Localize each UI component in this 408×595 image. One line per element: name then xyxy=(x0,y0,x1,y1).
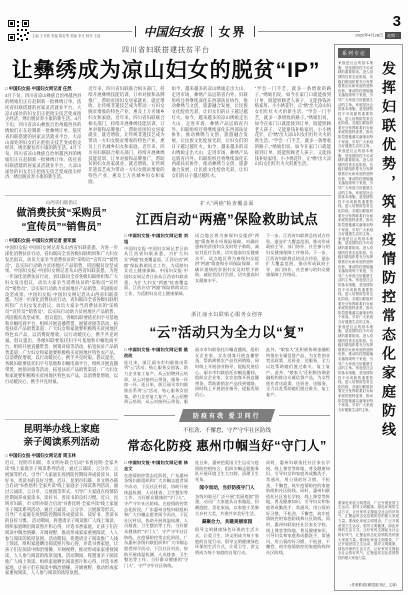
lishui-body: □ 中国妇女报·中国妇女网记者 姚改改 连日来，浙江丽水市妇联推出系列“云”活动… xyxy=(124,347,330,405)
lead-column-4: “学会一门手艺，就多一条增收的路子。”绣娘们说，如今在家门口就能接到订单，既能照… xyxy=(255,86,331,191)
lead-column-1: □ 中国妇女报·中国妇女网记者 任然 4月下旬，四川省凉山彝族自治州越西县的绣娘… xyxy=(5,86,81,191)
huizhou-text: 连日来，惠州把爱国卫生运动与疫情防控相结合，组织巾帼志愿服务队开展环境卫生大扫除… xyxy=(195,460,259,482)
huizhou-column-1: □ 中国妇女报·中国妇女网记者 林志文 在疫情防控常态化阶段，广东惠州各级妇联组… xyxy=(124,460,188,590)
huizhou-text: 同时，惠州妇联依托社区家长学校、线上课堂等阵地，普及健康知识，引导妇女和家庭养成… xyxy=(266,460,330,555)
jiangxi-text: 中国妇女报·中国妇女网记者日前从江西省妇联获悉，为扩大妇女“两癌”检查覆盖面，江… xyxy=(124,246,188,296)
commentary-text-top: 家庭是社会的基本细胞，是疫情防控不可或缺的重要防线。进入疫情防控常态化阶段，各级… xyxy=(338,61,373,499)
kunming-text: 近日，昆明市妇联、市文明办联合启动“书香昆明·全家共读”线上家庭亲子阅读系列活动… xyxy=(5,460,118,523)
huizhou-byline: □ 中国妇女报·中国妇女网记者 林志文 xyxy=(124,460,188,471)
kunming-headline-line1: 昆明举办线上家庭 xyxy=(5,424,118,437)
section-name: 女界 xyxy=(219,23,247,40)
commentary-text-bottom: 要深化家庭文明建设，广泛开展爱国卫生运动，倡导文明健康、绿色环保的生活方式，让好… xyxy=(338,501,399,581)
commentary-vertical-headline: 发挥妇联优势，筑牢疫情防控常态化家庭防线 xyxy=(375,61,399,499)
jiangxi-text: 试点地区将为参保妇女提供“两癌”筛查和专项保险保障，对确诊患病的贫困妇女及时给予… xyxy=(195,233,259,283)
lishui-kicker: 浙江丽水妇联贴心服务女创客 xyxy=(124,311,330,318)
huizhou-subhead-2: 凝聚合力，共建美丽家园 xyxy=(195,519,259,525)
kunming-headline: 昆明举办线上家庭 亲子阅读系列活动 xyxy=(5,424,118,450)
lishui-column-3: 此外，“娘家人”还积极协调金融机构推出专属信贷产品，为女性创业者送政策、送资金、… xyxy=(266,347,330,405)
qr-code xyxy=(8,20,29,41)
jiangxi-body: □ 中国妇女报·中国妇女网记者 刘旭 中国妇女报·中国妇女网记者日前从江西省妇联… xyxy=(124,233,330,299)
jiangxi-byline: □ 中国妇女报·中国妇女网记者 刘旭 xyxy=(124,233,188,244)
shanxi-headline-line2: “宣传员”“销售员” xyxy=(5,221,118,235)
shanxi-headline-line1: 做消费扶贫“采购员” xyxy=(5,207,118,221)
huizhou-subhead-1: 闻令而动，当好防疫守门人 xyxy=(195,485,259,491)
jiangxi-column-3: 下一步，江西省妇联将总结试点经验，逐步扩大覆盖范围，推动形成政府主导、部门协作、… xyxy=(266,233,330,299)
kunming-headline-line2: 亲子阅读系列活动 xyxy=(5,437,118,450)
lishui-text: 丽水市妇联依托巾帼直播间，组织女企业家、女农创客开展直播带货，帮助滞销农产品找到… xyxy=(195,347,259,397)
kunming-body: □ 中国妇女报·中国妇女网记者 周玉林 近日，昆明市妇联、市文明办联合启动“书香… xyxy=(5,453,118,590)
shanxi-kicker: 山西省妇联倡议 xyxy=(5,200,118,206)
shanxi-headline: 做消费扶贫“采购员” “宣传员”“销售员” xyxy=(5,207,118,234)
masthead-separator xyxy=(254,26,255,37)
newspaper-name: 中国妇女报 xyxy=(143,23,203,40)
kunming-text: 活动期间，将邀请亲子阅读推广人线上领读，组织家庭晒出阅读照片和心得，评选书香家庭… xyxy=(5,518,118,575)
lead-body: □ 中国妇女报·中国妇女网记者 任然 4月下旬，四川省凉山彝族自治州越西县的绣娘… xyxy=(5,86,331,191)
masthead-rule-right xyxy=(258,31,360,32)
series-tag: 系列专论 xyxy=(338,48,370,58)
lishui-column-2: 丽水市妇联依托巾帼直播间，组织女企业家、女农创客开展直播带货，帮助滞销农产品找到… xyxy=(195,347,259,405)
lead-byline: □ 中国妇女报·中国妇女网记者 任然 xyxy=(5,86,81,92)
lishui-headline: “云”活动只为全力以“复” xyxy=(124,321,330,341)
huizhou-headline: 常态化防疫 惠州巾帼当好“守门人” xyxy=(124,436,330,454)
dateline: 2020年4月28日星期二 xyxy=(355,32,401,39)
staff-credits: 主编 王长路 责编 陈若葵 美编 李凡 制作 王蓓 xyxy=(32,33,101,38)
huizhou-subkicker: 不松劲、不懈怠，守严守牢社区防线 xyxy=(124,426,330,434)
masthead-separator xyxy=(211,26,212,37)
section-divider xyxy=(5,195,331,196)
banner-label: 防疫有我 爱卫同行 xyxy=(193,411,261,420)
shanxi-text: 倡议提出，各级妇联要依托妇字号基地和巾帼电商平台，组织开展直播带货、展销对接等活… xyxy=(5,315,118,384)
weekday-chip: 星期二 xyxy=(385,32,401,39)
lead-text: 4月下旬，四川省凉山彝族自治州越西县的绣娘们正在赶制新一批彝绣订单。依托省妇联搭… xyxy=(5,93,81,179)
lead-text: 如今，越来越多的凉山绣娘走出大山、走进市场，彝绣产品远销省内外。妇联组织还将继续… xyxy=(172,86,248,178)
lead-text: 近年来，四川省妇联联合相关部门，持续开展彝绣技能培训、订单对接和品牌推广，帮助贫… xyxy=(88,86,164,184)
shanxi-body: □ 中国妇女报·中国妇女网记者 姜军旗 中国妇女报·中国妇女网记者从山西省妇联获… xyxy=(5,238,118,415)
banner-badge: 防疫有我 爱卫同行 xyxy=(179,409,275,422)
masthead-rule-left xyxy=(30,31,132,32)
banner-rule-left xyxy=(124,415,175,416)
kunming-byline: □ 中国妇女报·中国妇女网记者 周玉林 xyxy=(5,453,118,459)
commentary-main: 家庭是社会的基本细胞，是疫情防控不可或缺的重要防线。进入疫情防控常态化阶段，各级… xyxy=(338,61,399,499)
masthead-separator xyxy=(135,26,136,37)
huizhou-body: □ 中国妇女报·中国妇女网记者 林志文 在疫情防控常态化阶段，广东惠州各级妇联组… xyxy=(124,460,330,590)
lead-headline: 让彝绣成为凉山妇女的脱贫“IP” xyxy=(0,54,332,84)
huizhou-text: 各级妇联还广泛开展“美丽庭院”创建，动员广大家庭从自家做起，扮靓庭院、美化家园，… xyxy=(195,494,259,516)
page-number: 3 xyxy=(393,13,401,30)
lead-text: “学会一门手艺，就多一条增收的路子。”绣娘们说，如今在家门口就能接到订单，既能照… xyxy=(255,86,331,166)
date-text: 2020年4月28日 xyxy=(355,33,383,38)
author-attribution: （作者系省妇联党组书记、主席） xyxy=(338,582,399,587)
commentary-panel: 系列专论 家庭是社会的基本细胞，是疫情防控不可或缺的重要防线。进入疫情防控常态化… xyxy=(334,44,403,591)
jiangxi-text: 下一步，江西省妇联将总结试点经验，逐步扩大覆盖范围，推动形成政府主导、部门协作、… xyxy=(266,233,330,277)
lishui-text: 连日来，浙江丽水市妇联推出系列“云”活动，贴心服务女创客，助力企业复工复产。从云… xyxy=(124,360,188,405)
shanxi-byline: □ 中国妇女报·中国妇女网记者 姜军旗 xyxy=(5,238,118,244)
lishui-text: 此外，“娘家人”还积极协调金融机构推出专属信贷产品，为女性创业者送政策、送资金、… xyxy=(266,347,330,397)
huizhou-column-2: 连日来，惠州把爱国卫生运动与疫情防控相结合，组织巾帼志愿服务队开展环境卫生大扫除… xyxy=(195,460,259,590)
newspaper-page: 中国妇女报 女界 主编 王长路 责编 陈若葵 美编 李凡 制作 王蓓 3 202… xyxy=(0,0,408,595)
huizhou-text: 倡导文明健康绿色环保的生活方式，让爱卫生、讲文明成为每个家庭的自觉行动。倡导文明… xyxy=(195,527,259,555)
shanxi-text: 中国妇女报·中国妇女网记者从山西省妇联获悉，为进一步深化消费扶贫行动，省妇联向全… xyxy=(5,245,118,320)
huizhou-column-3: 同时，惠州妇联依托社区家长学校、线上课堂等阵地，普及健康知识，引导妇女和家庭养成… xyxy=(266,460,330,590)
lead-column-2: 近年来，四川省妇联联合相关部门，持续开展彝绣技能培训、订单对接和品牌推广，帮助贫… xyxy=(88,86,164,191)
campaign-banner: 防疫有我 爱卫同行 xyxy=(124,409,330,422)
jiangxi-column-1: □ 中国妇女报·中国妇女网记者 刘旭 中国妇女报·中国妇女网记者日前从江西省妇联… xyxy=(124,233,188,299)
lishui-byline: □ 中国妇女报·中国妇女网记者 姚改改 xyxy=(124,347,188,358)
huizhou-text: 在疫情防控常态化阶段，广东惠州各级妇联组织和广大巾帼志愿者闻令而动，下沉社区村居… xyxy=(124,473,188,568)
lishui-column-1: □ 中国妇女报·中国妇女网记者 姚改改 连日来，浙江丽水市妇联推出系列“云”活动… xyxy=(124,347,188,405)
jiangxi-headline: 江西启动“两癌”保险救助试点 xyxy=(124,208,330,228)
left-column-divider xyxy=(5,419,118,420)
jiangxi-column-2: 试点地区将为参保妇女提供“两癌”筛查和专项保险保障，对确诊患病的贫困妇女及时给予… xyxy=(195,233,259,299)
lead-column-3: 如今，越来越多的凉山绣娘走出大山、走进市场，彝绣产品远销省内外。妇联组织还将继续… xyxy=(172,86,248,191)
jiangxi-kicker: 扩大“两癌”检查覆盖面 xyxy=(124,200,330,207)
banner-rule-right xyxy=(279,415,330,416)
